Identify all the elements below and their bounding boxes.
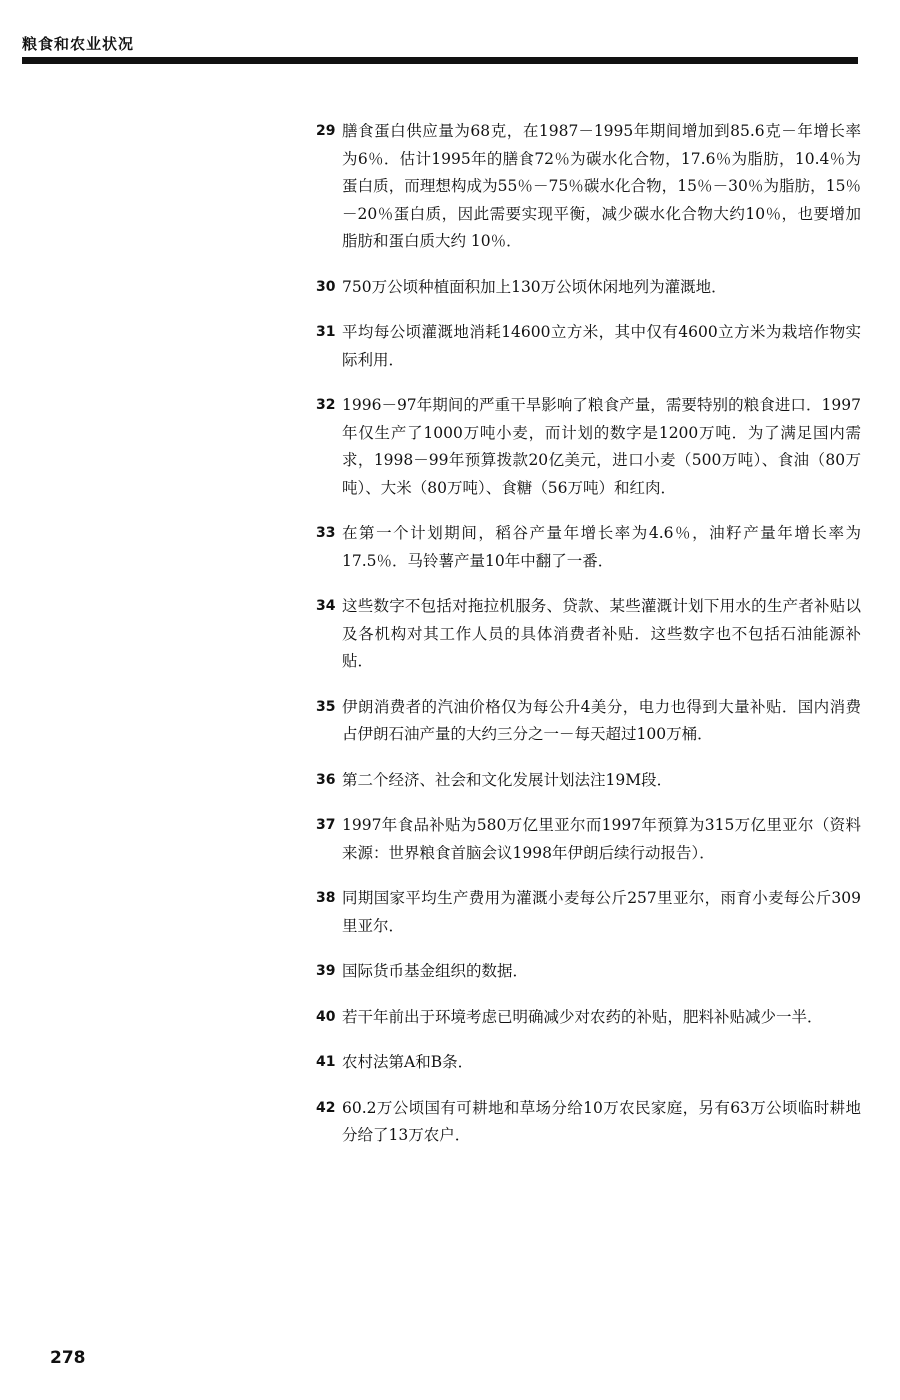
endnote-number: 38 xyxy=(316,885,342,940)
endnote-number: 41 xyxy=(316,1049,342,1077)
endnote-text: 750万公顷种植面积加上130万公顷休闲地列为灌溉地． xyxy=(342,274,861,302)
endnote: 31平均每公顷灌溉地消耗14600立方米，其中仅有4600立方米为栽培作物实际利… xyxy=(316,319,861,374)
endnote-text: 伊朗消费者的汽油价格仅为每公升4美分，电力也得到大量补贴．国内消费占伊朗石油产量… xyxy=(342,694,861,749)
endnote-number: 29 xyxy=(316,118,342,256)
page-number: 278 xyxy=(50,1348,86,1368)
endnote: 35伊朗消费者的汽油价格仅为每公升4美分，电力也得到大量补贴．国内消费占伊朗石油… xyxy=(316,694,861,749)
endnote: 29膳食蛋白供应量为68克，在1987－1995年期间增加到85.6克－年增长率… xyxy=(316,118,861,256)
endnote-number: 35 xyxy=(316,694,342,749)
endnote-text: 在第一个计划期间，稻谷产量年增长率为4.6％，油籽产量年增长率为17.5％．马铃… xyxy=(342,520,861,575)
endnote-text: 农村法第A和B条． xyxy=(342,1049,861,1077)
endnote: 321996－97年期间的严重干旱影响了粮食产量，需要特别的粮食进口．1997年… xyxy=(316,392,861,502)
endnote: 38同期国家平均生产费用为灌溉小麦每公斤257里亚尔，雨育小麦每公斤309里亚尔… xyxy=(316,885,861,940)
endnote-text: 若干年前出于环境考虑已明确减少对农药的补贴，肥料补贴减少一半． xyxy=(342,1004,861,1032)
endnote-text: 国际货币基金组织的数据． xyxy=(342,958,861,986)
endnote-text: 这些数字不包括对拖拉机服务、贷款、某些灌溉计划下用水的生产者补贴以及各机构对其工… xyxy=(342,593,861,676)
endnote: 371997年食品补贴为580万亿里亚尔而1997年预算为315万亿里亚尔（资料… xyxy=(316,812,861,867)
endnote-number: 40 xyxy=(316,1004,342,1032)
endnote-text: 平均每公顷灌溉地消耗14600立方米，其中仅有4600立方米为栽培作物实际利用． xyxy=(342,319,861,374)
endnote-number: 32 xyxy=(316,392,342,502)
endnote: 34这些数字不包括对拖拉机服务、贷款、某些灌溉计划下用水的生产者补贴以及各机构对… xyxy=(316,593,861,676)
endnote-number: 33 xyxy=(316,520,342,575)
endnote-number: 39 xyxy=(316,958,342,986)
endnote-number: 37 xyxy=(316,812,342,867)
endnote-text: 膳食蛋白供应量为68克，在1987－1995年期间增加到85.6克－年增长率为6… xyxy=(342,118,861,256)
endnotes-list: 29膳食蛋白供应量为68克，在1987－1995年期间增加到85.6克－年增长率… xyxy=(316,118,861,1168)
endnote: 36第二个经济、社会和文化发展计划法注19M段． xyxy=(316,767,861,795)
endnote: 4260.2万公顷国有可耕地和草场分给10万农民家庭，另有63万公顷临时耕地分给… xyxy=(316,1095,861,1150)
header-rule xyxy=(22,57,858,64)
endnote: 33在第一个计划期间，稻谷产量年增长率为4.6％，油籽产量年增长率为17.5％．… xyxy=(316,520,861,575)
endnote-text: 第二个经济、社会和文化发展计划法注19M段． xyxy=(342,767,861,795)
endnote-number: 30 xyxy=(316,274,342,302)
endnote-number: 34 xyxy=(316,593,342,676)
endnote-text: 1996－97年期间的严重干旱影响了粮食产量，需要特别的粮食进口．1997年仅生… xyxy=(342,392,861,502)
endnote-number: 42 xyxy=(316,1095,342,1150)
endnote-number: 31 xyxy=(316,319,342,374)
endnote-text: 1997年食品补贴为580万亿里亚尔而1997年预算为315万亿里亚尔（资料来源… xyxy=(342,812,861,867)
endnote-number: 36 xyxy=(316,767,342,795)
endnote: 30750万公顷种植面积加上130万公顷休闲地列为灌溉地． xyxy=(316,274,861,302)
running-head-title: 粮食和农业状况 xyxy=(22,33,134,54)
endnote: 39国际货币基金组织的数据． xyxy=(316,958,861,986)
endnote-text: 同期国家平均生产费用为灌溉小麦每公斤257里亚尔，雨育小麦每公斤309里亚尔． xyxy=(342,885,861,940)
endnote: 40若干年前出于环境考虑已明确减少对农药的补贴，肥料补贴减少一半． xyxy=(316,1004,861,1032)
endnote: 41农村法第A和B条． xyxy=(316,1049,861,1077)
endnote-text: 60.2万公顷国有可耕地和草场分给10万农民家庭，另有63万公顷临时耕地分给了1… xyxy=(342,1095,861,1150)
